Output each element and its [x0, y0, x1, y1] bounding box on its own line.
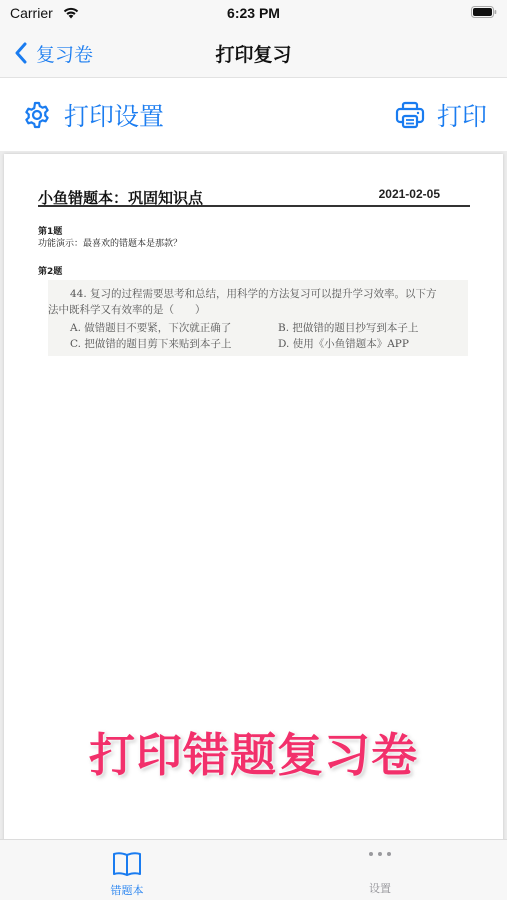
page-title: 打印复习 — [0, 40, 507, 67]
paper-preview: 小鱼错题本：巩固知识点 2021-02-05 第1题 功能演示：最喜欢的错题本是… — [4, 154, 503, 844]
promo-banner-text: 打印错题复习卷 — [4, 719, 503, 785]
print-toolbar: 打印设置 打印 — [0, 79, 507, 151]
question-2-label: 第2题 — [38, 264, 62, 277]
scan-option-a: A. 做错题目不要紧，下次就正确了 — [70, 320, 231, 335]
book-icon — [111, 850, 143, 878]
scan-option-b: B. 把做错的题目抄写到本子上 — [278, 320, 418, 335]
tab-mistake-book-label: 错题本 — [111, 882, 144, 898]
status-bar: Carrier 6:23 PM — [0, 0, 507, 28]
scan-option-c: C. 把做错的题目剪下来贴到本子上 — [70, 336, 231, 351]
print-label: 打印 — [437, 97, 487, 133]
clock: 6:23 PM — [0, 5, 507, 21]
question-2-scan-image: 44. 复习的过程需要思考和总结，用科学的方法复习可以提升学习效率。以下方 法中… — [48, 280, 468, 356]
print-preview-area[interactable]: 小鱼错题本：巩固知识点 2021-02-05 第1题 功能演示：最喜欢的错题本是… — [0, 151, 507, 839]
tab-settings[interactable]: 设置 — [253, 840, 507, 900]
printer-icon — [395, 100, 425, 130]
tab-mistake-book[interactable]: 错题本 — [0, 840, 254, 900]
navigation-bar: 复习卷 打印复习 — [0, 28, 507, 78]
print-settings-button[interactable]: 打印设置 — [22, 97, 164, 133]
scan-question-line-1: 44. 复习的过程需要思考和总结，用科学的方法复习可以提升学习效率。以下方 — [70, 286, 437, 301]
scan-option-d: D. 使用《小鱼错题本》APP — [278, 336, 409, 351]
document-header: 小鱼错题本：巩固知识点 2021-02-05 — [38, 185, 470, 207]
gear-icon — [22, 100, 52, 130]
scan-question-line-2: 法中既科学又有效率的是（ ） — [48, 302, 206, 317]
document-title: 小鱼错题本：巩固知识点 — [38, 187, 203, 208]
question-1-text: 功能演示：最喜欢的错题本是那款？ — [38, 236, 182, 249]
tab-settings-label: 设置 — [369, 880, 391, 896]
print-settings-label: 打印设置 — [64, 97, 164, 133]
print-button[interactable]: 打印 — [395, 97, 487, 133]
battery-icon — [471, 6, 497, 18]
tab-bar: 错题本 设置 — [0, 839, 507, 900]
more-dots-icon — [369, 848, 391, 876]
document-date: 2021-02-05 — [379, 187, 440, 201]
